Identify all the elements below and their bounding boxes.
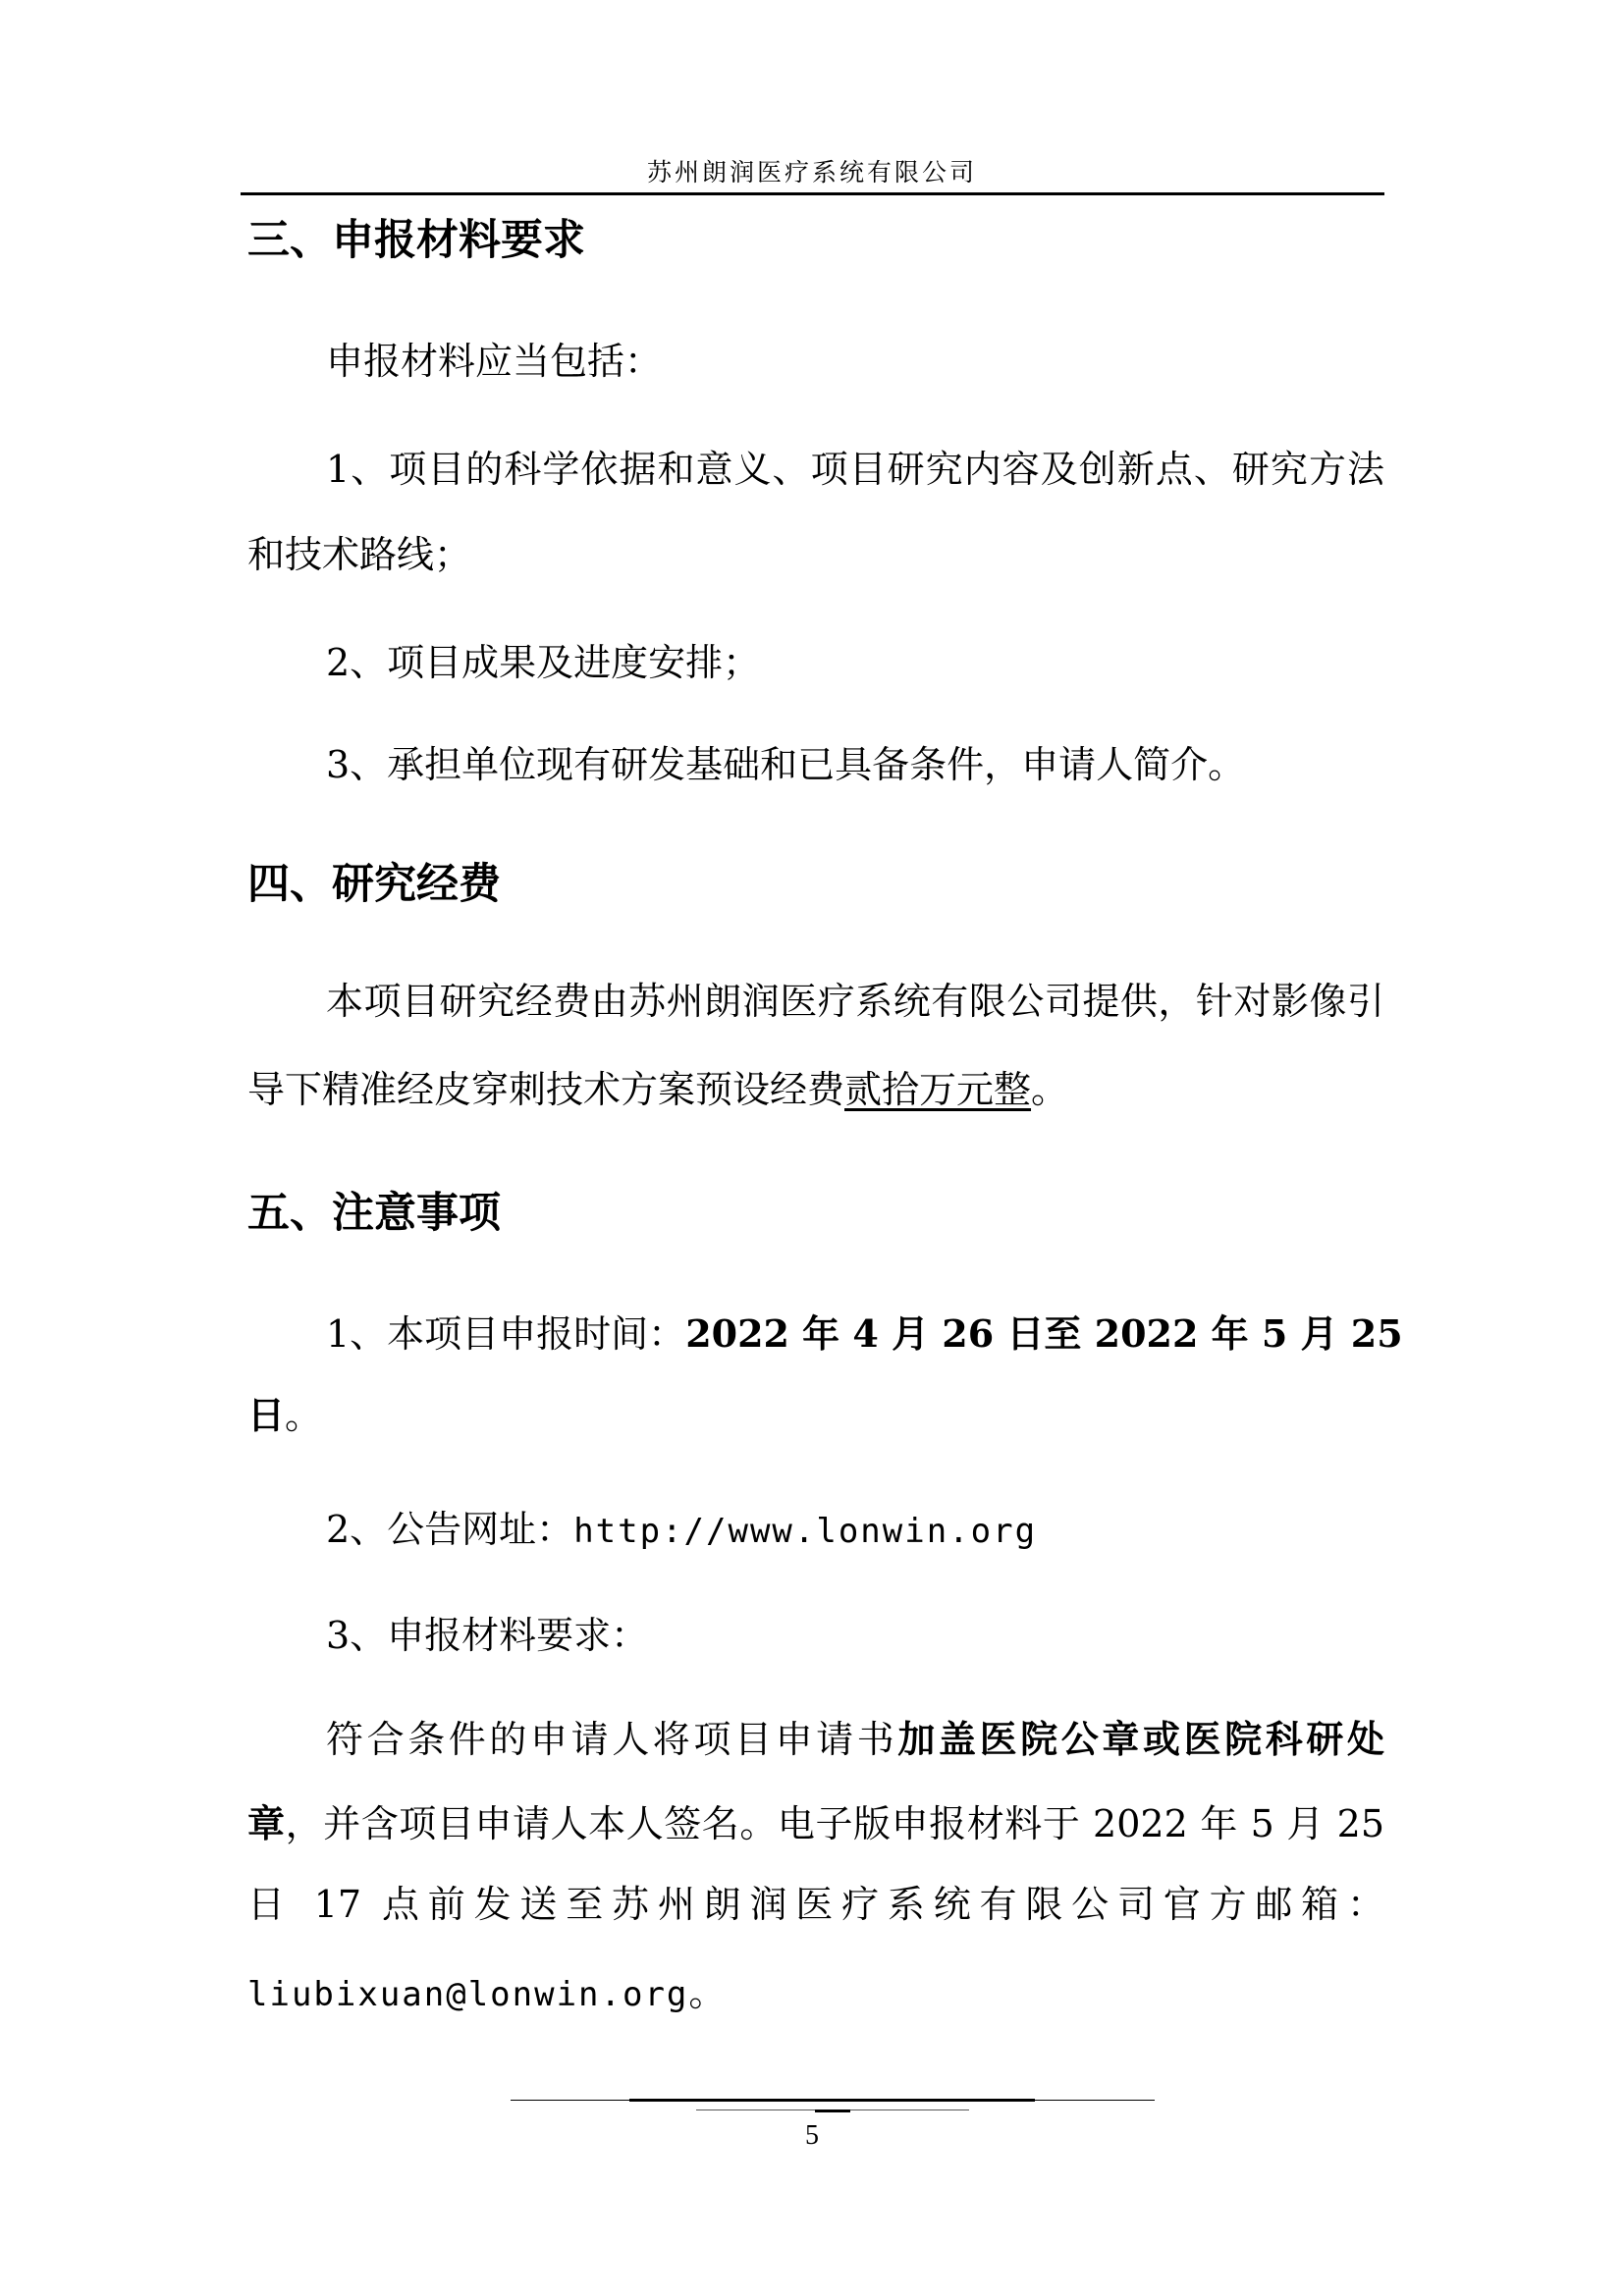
s5-item1-line1: 1、本项目申报时间：2022 年 4 月 26 日至 2022 年 5 月 25 xyxy=(326,1305,1384,1363)
s5-para-line1: 符合条件的申请人将项目申请书加盖医院公章或医院科研处 xyxy=(326,1710,1384,1769)
section-heading-4: 四、研究经费 xyxy=(247,855,501,914)
s5-para-line4: liubixuan@lonwin.org。 xyxy=(247,1963,1384,2022)
s3-item3: 3、承担单位现有研发基础和已具备条件，申请人简介。 xyxy=(326,735,1384,794)
s5-item1-label: 1、本项目申报时间： xyxy=(326,1312,685,1356)
s5-para-text: 符合条件的申请人将项目申请书 xyxy=(326,1718,897,1761)
period-mark-2: 。 xyxy=(688,1971,726,2014)
s3-intro: 申报材料应当包括： xyxy=(326,332,1384,391)
s3-item1-line1: 1、项目的科学依据和意义、项目研究内容及创新点、研究方法 xyxy=(326,440,1384,499)
seal-requirement-end: 章 xyxy=(247,1801,286,1845)
seal-requirement: 加盖医院公章或医院科研处 xyxy=(897,1717,1384,1761)
s5-para-line3: 日 17 点前发送至苏州朗润医疗系统有限公司官方邮箱： xyxy=(247,1875,1384,1934)
s4-para-line1: 本项目研究经费由苏州朗润医疗系统有限公司提供，针对影像引 xyxy=(326,972,1384,1031)
s5-item3: 3、申报材料要求： xyxy=(326,1606,1384,1665)
s5-item1-line2: 日。 xyxy=(247,1386,1384,1445)
section-heading-5: 五、注意事项 xyxy=(247,1184,501,1243)
section-heading-3: 三、申报材料要求 xyxy=(247,211,585,270)
funding-amount: 贰拾万元整 xyxy=(844,1068,1031,1111)
running-header: 苏州朗润医疗系统有限公司 xyxy=(0,157,1624,188)
announcement-url-link[interactable]: http://www.lonwin.org xyxy=(573,1512,1037,1551)
s4-para-text: 导下精准经皮穿刺技术方案预设经费 xyxy=(247,1068,844,1111)
header-rule xyxy=(241,192,1384,195)
contact-email-link[interactable]: liubixuan@lonwin.org xyxy=(247,1975,688,2014)
period-mark: 。 xyxy=(285,1394,322,1437)
s5-para-line2: 章，并含项目申请人本人签名。电子版申报材料于 2022 年 5 月 25 xyxy=(247,1794,1384,1853)
footer-rule-secondary-accent xyxy=(815,2109,850,2112)
s5-item2: 2、公告网址：http://www.lonwin.org xyxy=(326,1500,1384,1559)
s3-item2: 2、项目成果及进度安排； xyxy=(326,633,1384,692)
document-page: 苏州朗润医疗系统有限公司 三、申报材料要求 申报材料应当包括： 1、项目的科学依… xyxy=(0,0,1624,2296)
s3-item1-line2: 和技术路线； xyxy=(247,525,1384,584)
application-period: 2022 年 4 月 26 日至 2022 年 5 月 25 xyxy=(685,1311,1402,1356)
application-period-end: 日 xyxy=(247,1393,285,1437)
s5-para-text-2: ，并含项目申请人本人签名。电子版申报材料于 2022 年 5 月 25 xyxy=(286,1802,1384,1845)
s4-para-line2: 导下精准经皮穿刺技术方案预设经费贰拾万元整。 xyxy=(247,1060,1384,1119)
s5-item2-label: 2、公告网址： xyxy=(326,1508,573,1551)
page-number: 5 xyxy=(0,2118,1624,2154)
s4-para-period: 。 xyxy=(1031,1068,1068,1111)
footer-rule-accent xyxy=(629,2099,1035,2102)
